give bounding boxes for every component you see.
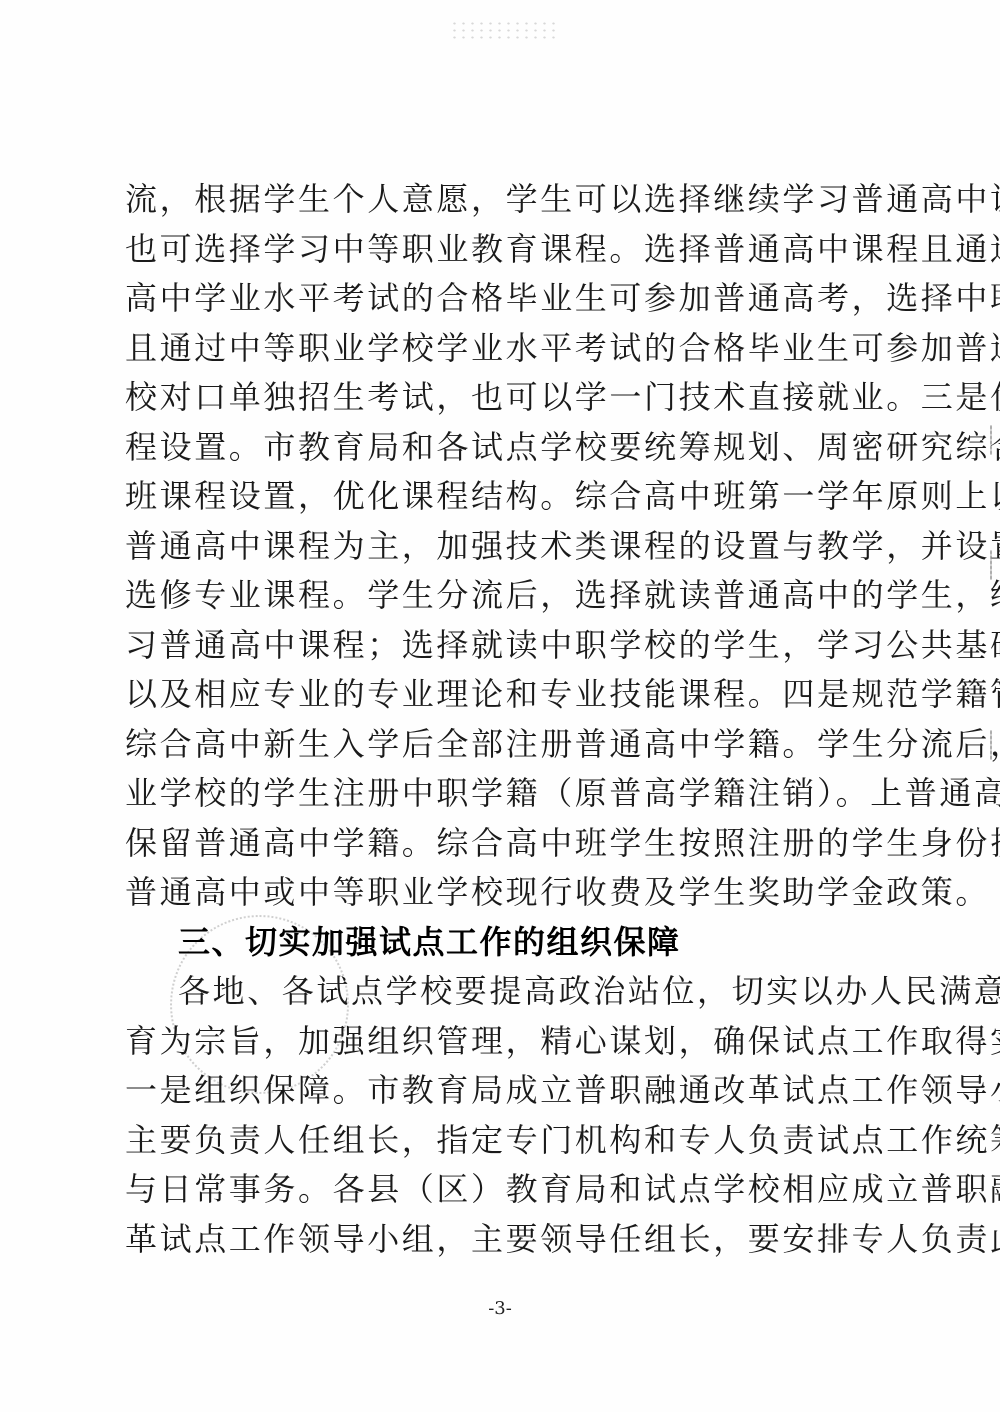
body-line: 也可选择学习中等职业教育课程。选择普通高中课程且通过普通 [125,225,865,275]
body-line: 主要负责人任组长，指定专门机构和专人负责试点工作统筹协调 [125,1116,865,1166]
body-line: 班课程设置，优化课程结构。综合高中班第一学年原则上以开设 [125,472,865,522]
body-line: 革试点工作领导小组，主要领导任组长，要安排专人负责此项工 [125,1215,865,1265]
body-line: 选修专业课程。学生分流后，选择就读普通高中的学生，继续学 [125,571,865,621]
page-number: -3- [0,1298,1000,1319]
body-line: 普通高中课程为主，加强技术类课程的设置与教学，并设置部分 [125,522,865,572]
paragraph-first-line: 各地、各试点学校要提高政治站位，切实以办人民满意的教 [125,967,865,1017]
document-body: 流，根据学生个人意愿，学生可以选择继续学习普通高中课程， 也可选择学习中等职业教… [125,175,865,1264]
body-line: 且通过中等职业学校学业水平考试的合格毕业生可参加普通高 [125,324,865,374]
body-line: 一是组织保障。市教育局成立普职融通改革试点工作领导小组， [125,1066,865,1116]
body-line: 业学校的学生注册中职学籍（原普高学籍注销）。上普通高中的 [125,769,865,819]
scan-artifact [450,20,560,40]
body-line: 程设置。市教育局和各试点学校要统筹规划、周密研究综合高中 [125,423,865,473]
body-line: 校对口单独招生考试，也可以学一门技术直接就业。三是优化课 [125,373,865,423]
document-page: 流，根据学生个人意愿，学生可以选择继续学习普通高中课程， 也可选择学习中等职业教… [0,0,1000,1412]
body-line: 综合高中新生入学后全部注册普通高中学籍。学生分流后，上职 [125,720,865,770]
body-line: 保留普通高中学籍。综合高中班学生按照注册的学生身份执行省 [125,819,865,869]
body-line: 高中学业水平考试的合格毕业生可参加普通高考，选择中职课程 [125,274,865,324]
section-heading: 三、切实加强试点工作的组织保障 [125,918,865,968]
body-line: 与日常事务。各县（区）教育局和试点学校相应成立普职融通改 [125,1165,865,1215]
body-line: 习普通高中课程；选择就读中职学校的学生，学习公共基础课程 [125,621,865,671]
body-line-last: 普通高中或中等职业学校现行收费及学生奖助学金政策。 [125,868,865,918]
body-line: 流，根据学生个人意愿，学生可以选择继续学习普通高中课程， [125,175,865,225]
body-line: 以及相应专业的专业理论和专业技能课程。四是规范学籍管理。 [125,670,865,720]
body-line: 育为宗旨，加强组织管理，精心谋划，确保试点工作取得实效。 [125,1017,865,1067]
